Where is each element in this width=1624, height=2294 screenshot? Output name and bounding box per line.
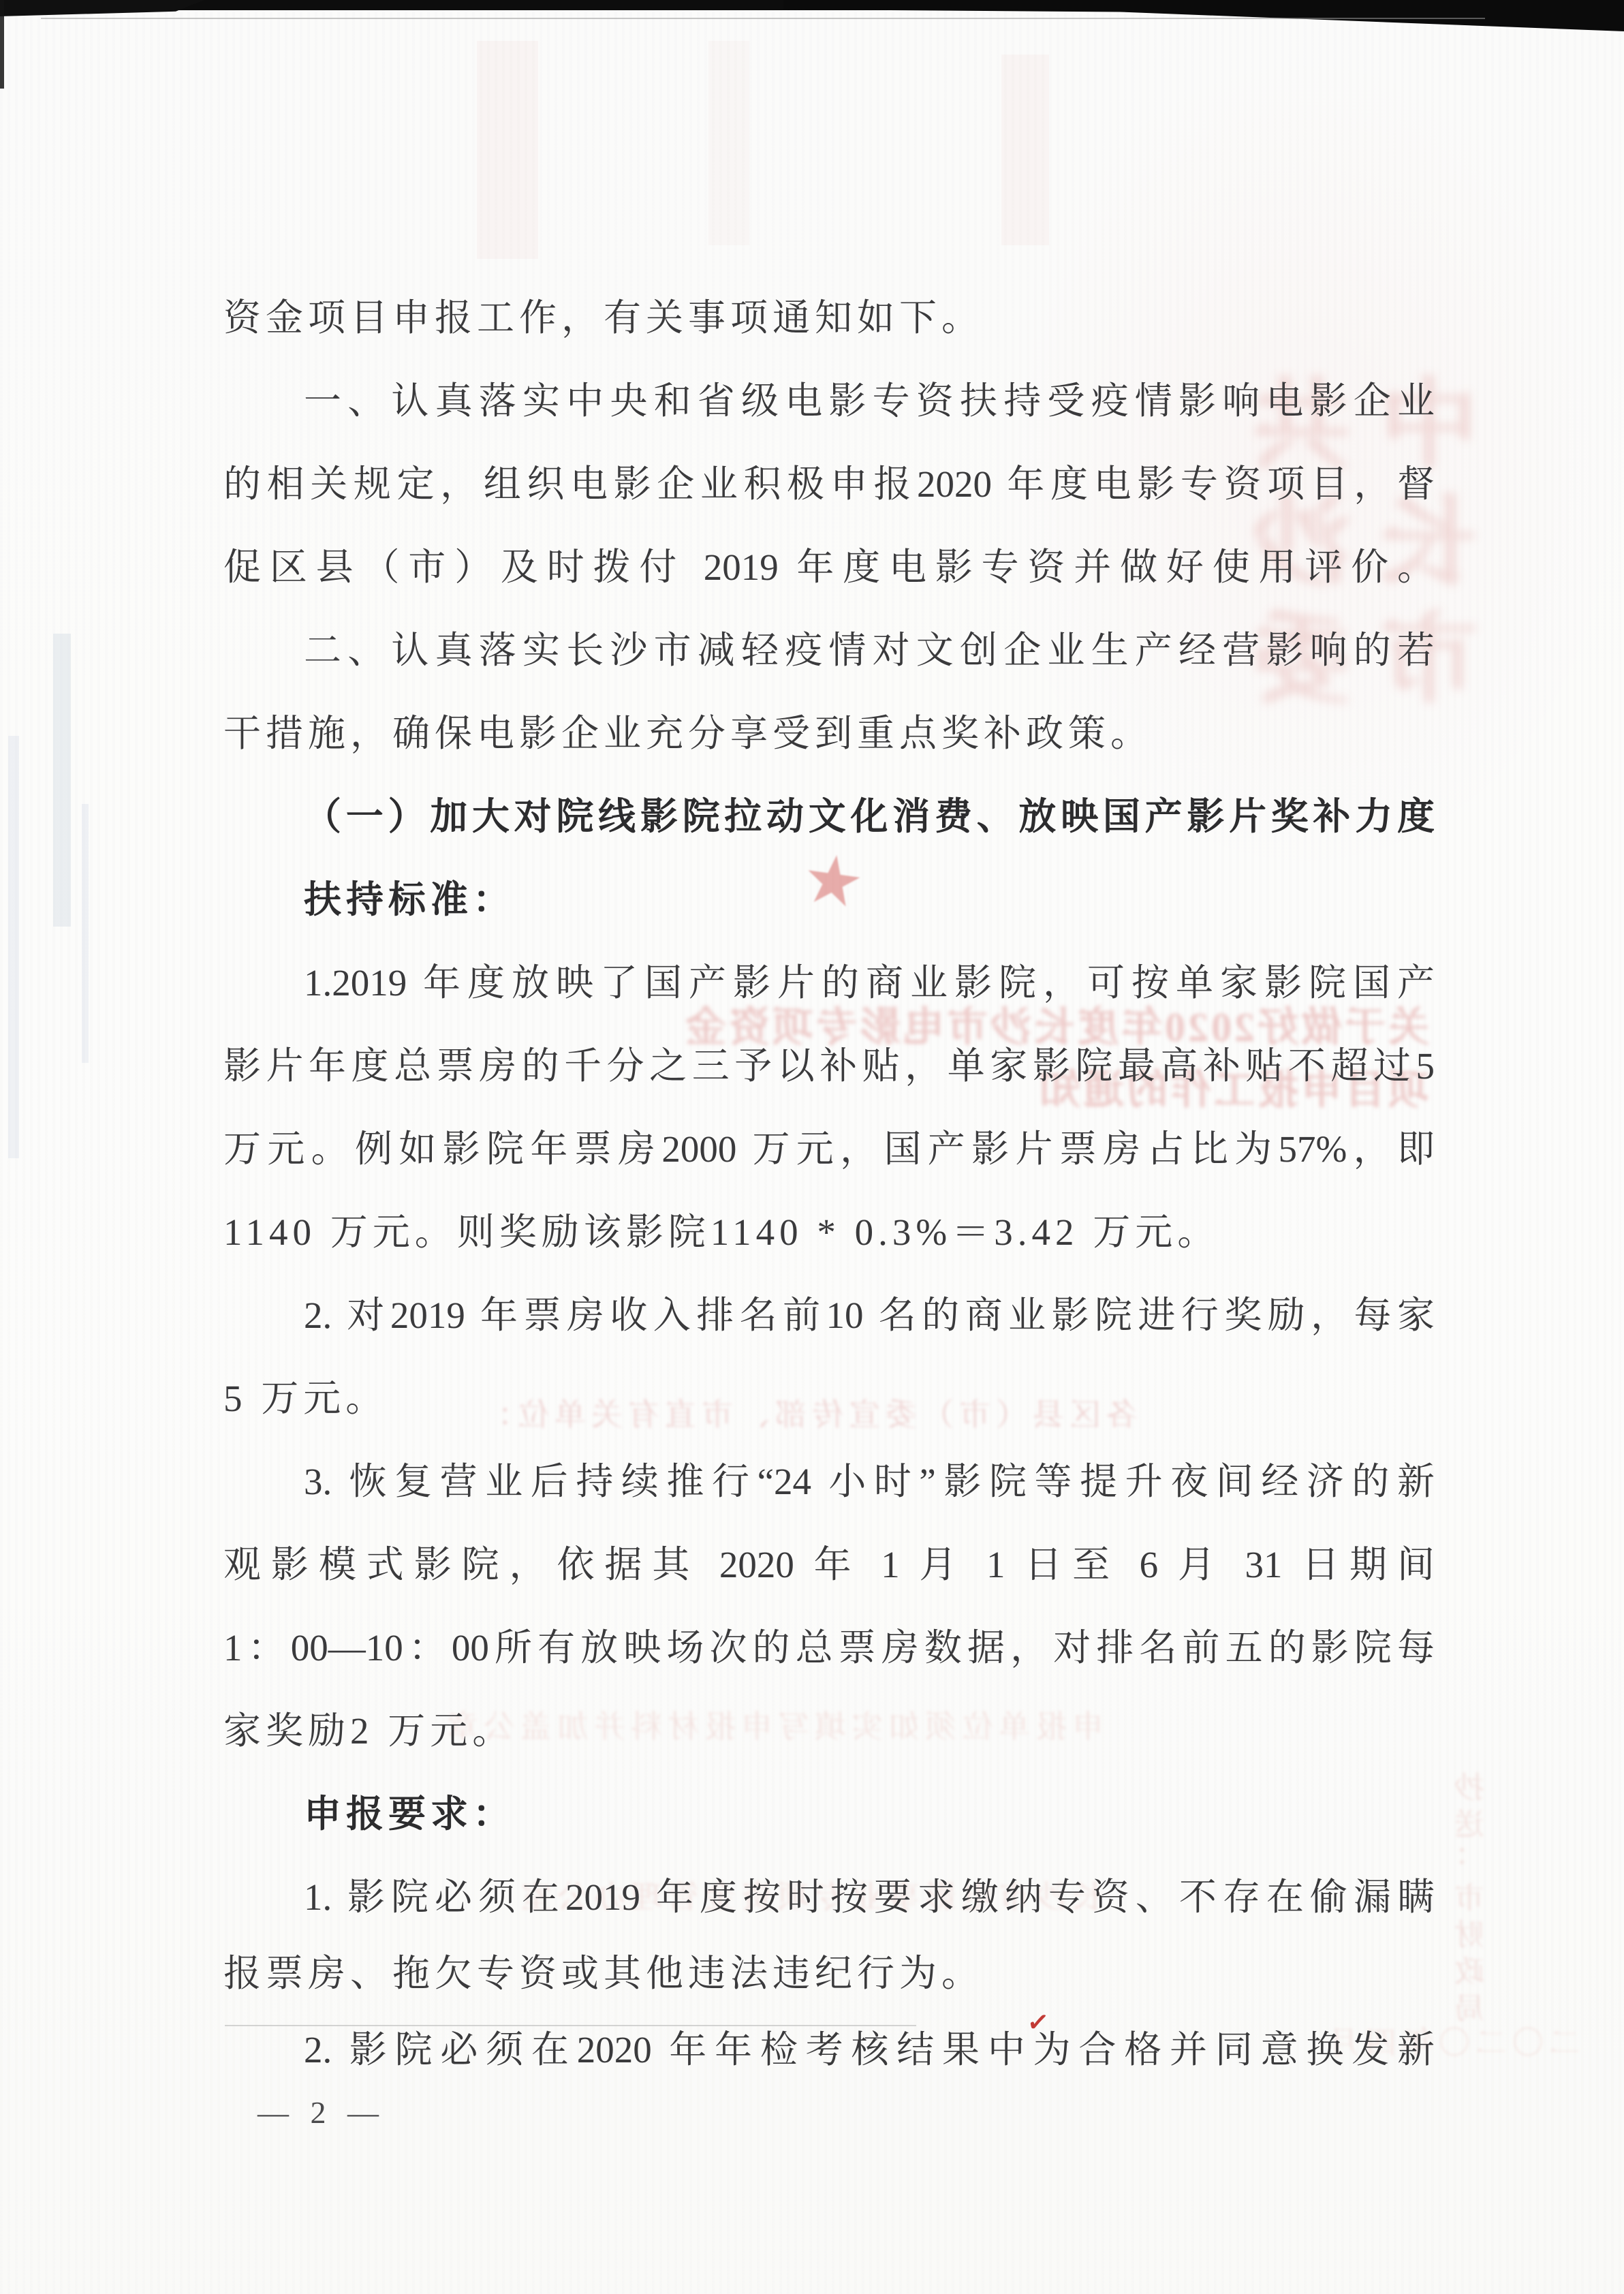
scan-streak xyxy=(477,41,538,259)
scan-underline-artifact xyxy=(225,2025,916,2026)
scan-streak xyxy=(82,804,89,1063)
scan-streak xyxy=(8,736,19,1158)
text-line: 万元。例如影院年票房2000 万元，国产影片票房占比为57%，即 xyxy=(223,1124,1435,1207)
text-line: 1. 影院必须在2019 年度按时按要求缴纳专资、不存在偷漏瞒 xyxy=(223,1872,1435,1949)
text-line: 申报要求： xyxy=(223,1789,1435,1872)
text-line: 观影模式影院，依据其 2020 年 1 月 1 日至 6 月 31 日期间 xyxy=(223,1540,1435,1623)
red-check-mark: ✓ xyxy=(1026,2006,1050,2039)
text-line: 促区县（市）及时拨付 2019 年度电影专资并做好使用评价。 xyxy=(223,542,1435,625)
text-line: 资金项目申报工作，有关事项通知如下。 xyxy=(223,293,1435,376)
text-line: 1140 万元。则奖励该影院1140 * 0.3%＝3.42 万元。 xyxy=(223,1207,1435,1290)
text-line: 3. 恢复营业后持续推行“24 小时”影院等提升夜间经济的新 xyxy=(223,1457,1435,1540)
document-body-text: 资金项目申报工作，有关事项通知如下。一、认真落实中央和省级电影专资扶持受疫情影响… xyxy=(223,293,1435,2101)
scanned-document-page: 中共长沙市委 关于做好2020年度长沙市电影专项资金 项目申报工作的通知 各区县… xyxy=(0,0,1624,2294)
text-line: 干措施，确保电影企业充分享受到重点奖补政策。 xyxy=(223,709,1435,792)
scan-line-artifact xyxy=(41,18,1485,19)
text-line: 二、认真落实长沙市减轻疫情对文创企业生产经营影响的若 xyxy=(223,625,1435,709)
scan-streak xyxy=(53,634,71,927)
scan-streak xyxy=(708,41,749,245)
page-number: — 2 — xyxy=(257,2094,386,2130)
text-line: 一、认真落实中央和省级电影专资扶持受疫情影响电影企业 xyxy=(223,376,1435,459)
text-line: 扶持标准： xyxy=(223,875,1435,958)
text-line: 的相关规定，组织电影企业积极申报2020 年度电影专资项目，督 xyxy=(223,459,1435,542)
text-line: 5 万元。 xyxy=(223,1374,1435,1457)
text-line: 2. 对2019 年票房收入排名前10 名的商业影院进行奖励，每家 xyxy=(223,1290,1435,1374)
scan-edge-top-corner xyxy=(0,0,204,16)
scan-edge-left xyxy=(0,0,4,89)
text-line: 报票房、拖欠专资或其他违法违纪行为。 xyxy=(223,1949,1435,2025)
text-line: 1.2019 年度放映了国产影片的商业影院，可按单家影院国产 xyxy=(223,958,1435,1041)
scan-edge-top-wedge xyxy=(783,0,1624,31)
text-line: 1：00—10：00所有放映场次的总票房数据，对排名前五的影院每 xyxy=(223,1623,1435,1706)
bleedthrough-column: 抄送：市财政局 xyxy=(1451,1771,1495,2085)
text-line: 家奖励2 万元。 xyxy=(223,1706,1435,1789)
text-line: 影片年度总票房的千分之三予以补贴，单家影院最高补贴不超过5 xyxy=(223,1041,1435,1124)
text-line: 2. 影院必须在2020 年年检考核结果中为合格并同意换发新 xyxy=(223,2025,1435,2101)
text-line: （一）加大对院线影院拉动文化消费、放映国产影片奖补力度 xyxy=(223,792,1435,875)
